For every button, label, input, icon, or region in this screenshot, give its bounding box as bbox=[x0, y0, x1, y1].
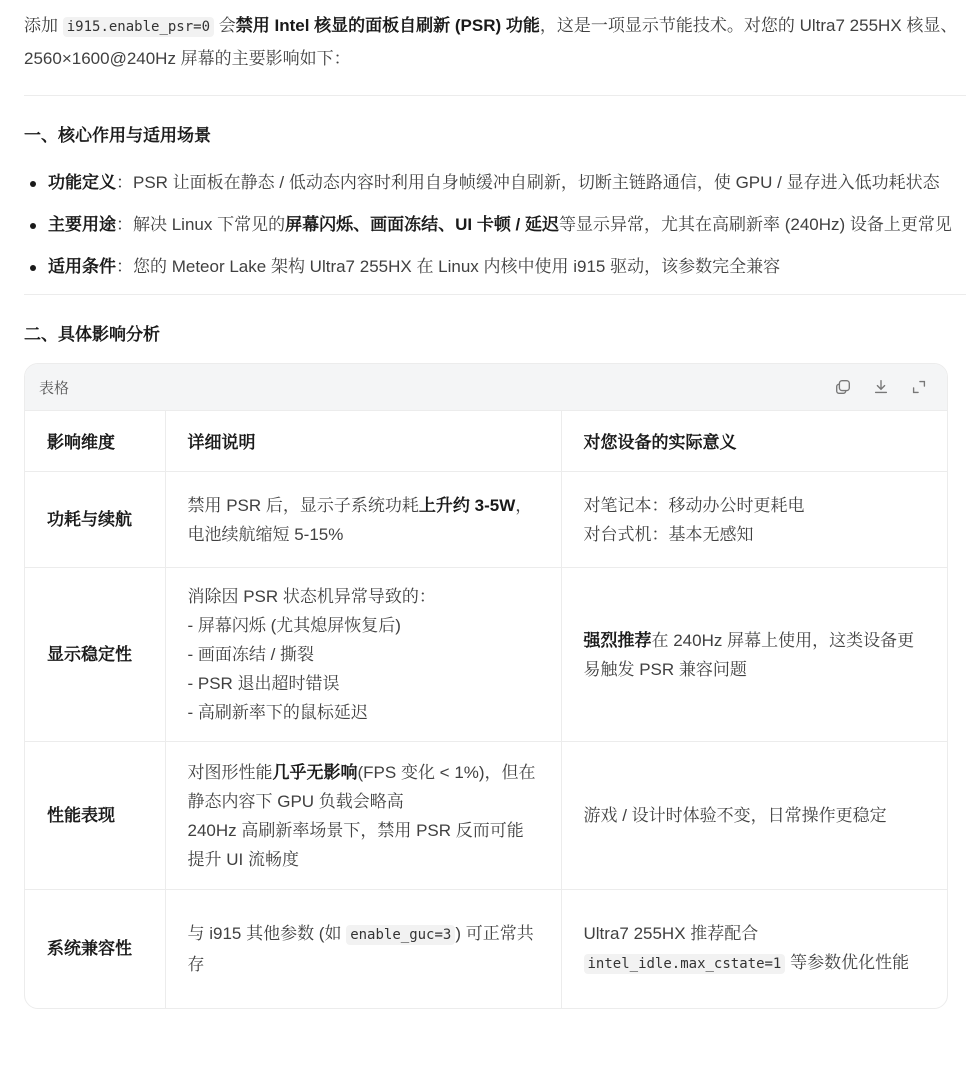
bullet-list: 功能定义：PSR 让面板在静态 / 低动态内容时利用自身帧缓冲自刷新，切断主链路… bbox=[24, 168, 966, 282]
table-card: 表格 影响维度 详细说明 对您设备的实际意义 bbox=[24, 363, 948, 1009]
meaning-cell: 游戏 / 设计时体验不变，日常操作更稳定 bbox=[561, 742, 947, 890]
table-header-row: 影响维度 详细说明 对您设备的实际意义 bbox=[25, 411, 947, 472]
column-header: 对您设备的实际意义 bbox=[561, 411, 947, 472]
dimension-cell: 功耗与续航 bbox=[25, 472, 165, 568]
list-item: 适用条件：您的 Meteor Lake 架构 Ultra7 255HX 在 Li… bbox=[24, 252, 966, 282]
table-row: 性能表现 对图形性能几乎无影响(FPS 变化 < 1%)，但在静态内容下 GPU… bbox=[25, 742, 947, 890]
table-row: 系统兼容性 与 i915 其他参数 (如 enable_guc=3) 可正常共存… bbox=[25, 890, 947, 1008]
section-heading: 二、具体影响分析 bbox=[24, 321, 966, 349]
download-icon[interactable] bbox=[871, 377, 891, 397]
list-item: 主要用途：解决 Linux 下常见的屏幕闪烁、画面冻结、UI 卡顿 / 延迟等显… bbox=[24, 210, 966, 240]
table-label: 表格 bbox=[39, 377, 69, 398]
detail-cell: 对图形性能几乎无影响(FPS 变化 < 1%)，但在静态内容下 GPU 负载会略… bbox=[165, 742, 561, 890]
answer-content: 添加 i915.enable_psr=0 会禁用 Intel 核显的面板自刷新 … bbox=[0, 0, 976, 1009]
column-header: 影响维度 bbox=[25, 411, 165, 472]
meaning-cell: 强烈推荐在 240Hz 屏幕上使用，这类设备更易触发 PSR 兼容问题 bbox=[561, 568, 947, 742]
inline-code: i915.enable_psr=0 bbox=[63, 17, 214, 37]
bullet-icon bbox=[30, 181, 36, 187]
bullet-icon bbox=[30, 265, 36, 271]
meaning-cell: Ultra7 255HX 推荐配合 intel_idle.max_cstate=… bbox=[561, 890, 947, 1008]
intro-paragraph: 添加 i915.enable_psr=0 会禁用 Intel 核显的面板自刷新 … bbox=[24, 10, 966, 75]
meaning-cell: 对笔记本：移动办公时更耗电 对台式机：基本无感知 bbox=[561, 472, 947, 568]
list-item: 功能定义：PSR 让面板在静态 / 低动态内容时利用自身帧缓冲自刷新，切断主链路… bbox=[24, 168, 966, 198]
bold-text: 禁用 Intel 核显的面板自刷新 (PSR) 功能 bbox=[236, 16, 540, 35]
table-row: 显示稳定性 消除因 PSR 状态机异常导致的： - 屏幕闪烁 (尤其熄屏恢复后)… bbox=[25, 568, 947, 742]
table-toolbar: 表格 bbox=[25, 364, 947, 410]
detail-cell: 禁用 PSR 后，显示子系统功耗上升约 3-5W，电池续航缩短 5-15% bbox=[165, 472, 561, 568]
expand-icon[interactable] bbox=[909, 377, 929, 397]
bullet-icon bbox=[30, 223, 36, 229]
table-row: 功耗与续航 禁用 PSR 后，显示子系统功耗上升约 3-5W，电池续航缩短 5-… bbox=[25, 472, 947, 568]
impact-table: 影响维度 详细说明 对您设备的实际意义 功耗与续航 禁用 PSR 后，显示子系统… bbox=[25, 410, 947, 1008]
dimension-cell: 性能表现 bbox=[25, 742, 165, 890]
divider bbox=[24, 294, 966, 295]
dimension-cell: 显示稳定性 bbox=[25, 568, 165, 742]
copy-icon[interactable] bbox=[833, 377, 853, 397]
dimension-cell: 系统兼容性 bbox=[25, 890, 165, 1008]
detail-cell: 消除因 PSR 状态机异常导致的： - 屏幕闪烁 (尤其熄屏恢复后) - 画面冻… bbox=[165, 568, 561, 742]
detail-cell: 与 i915 其他参数 (如 enable_guc=3) 可正常共存 bbox=[165, 890, 561, 1008]
column-header: 详细说明 bbox=[165, 411, 561, 472]
section-heading: 一、核心作用与适用场景 bbox=[24, 122, 966, 150]
inline-code: intel_idle.max_cstate=1 bbox=[584, 954, 786, 974]
inline-code: enable_guc=3 bbox=[346, 925, 455, 945]
divider bbox=[24, 95, 966, 96]
